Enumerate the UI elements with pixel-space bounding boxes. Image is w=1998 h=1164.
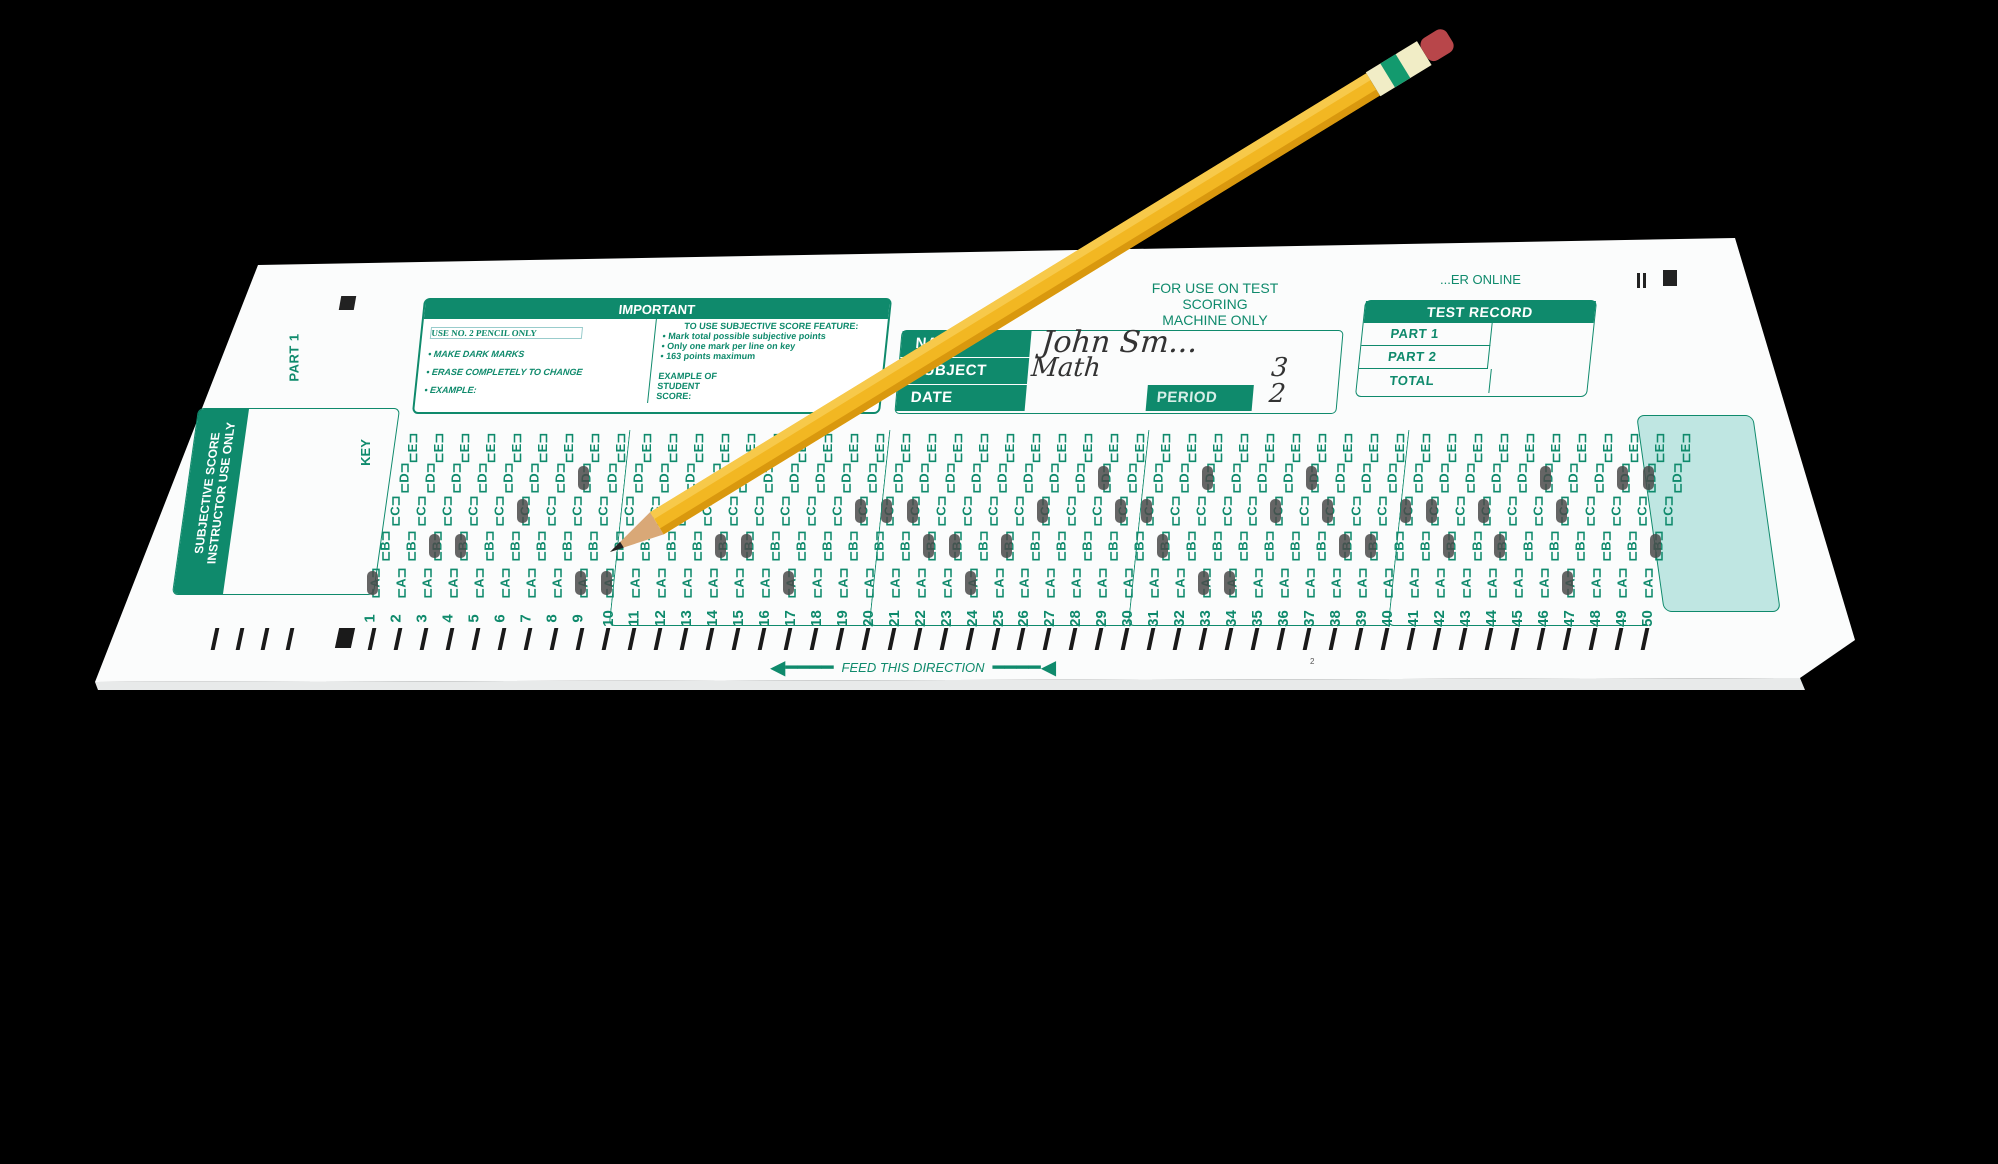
pencil <box>0 0 1998 1164</box>
scantron-photo: PART 1 IMPORTANT USE NO. 2 PENCIL ONLY •… <box>0 0 1998 1164</box>
